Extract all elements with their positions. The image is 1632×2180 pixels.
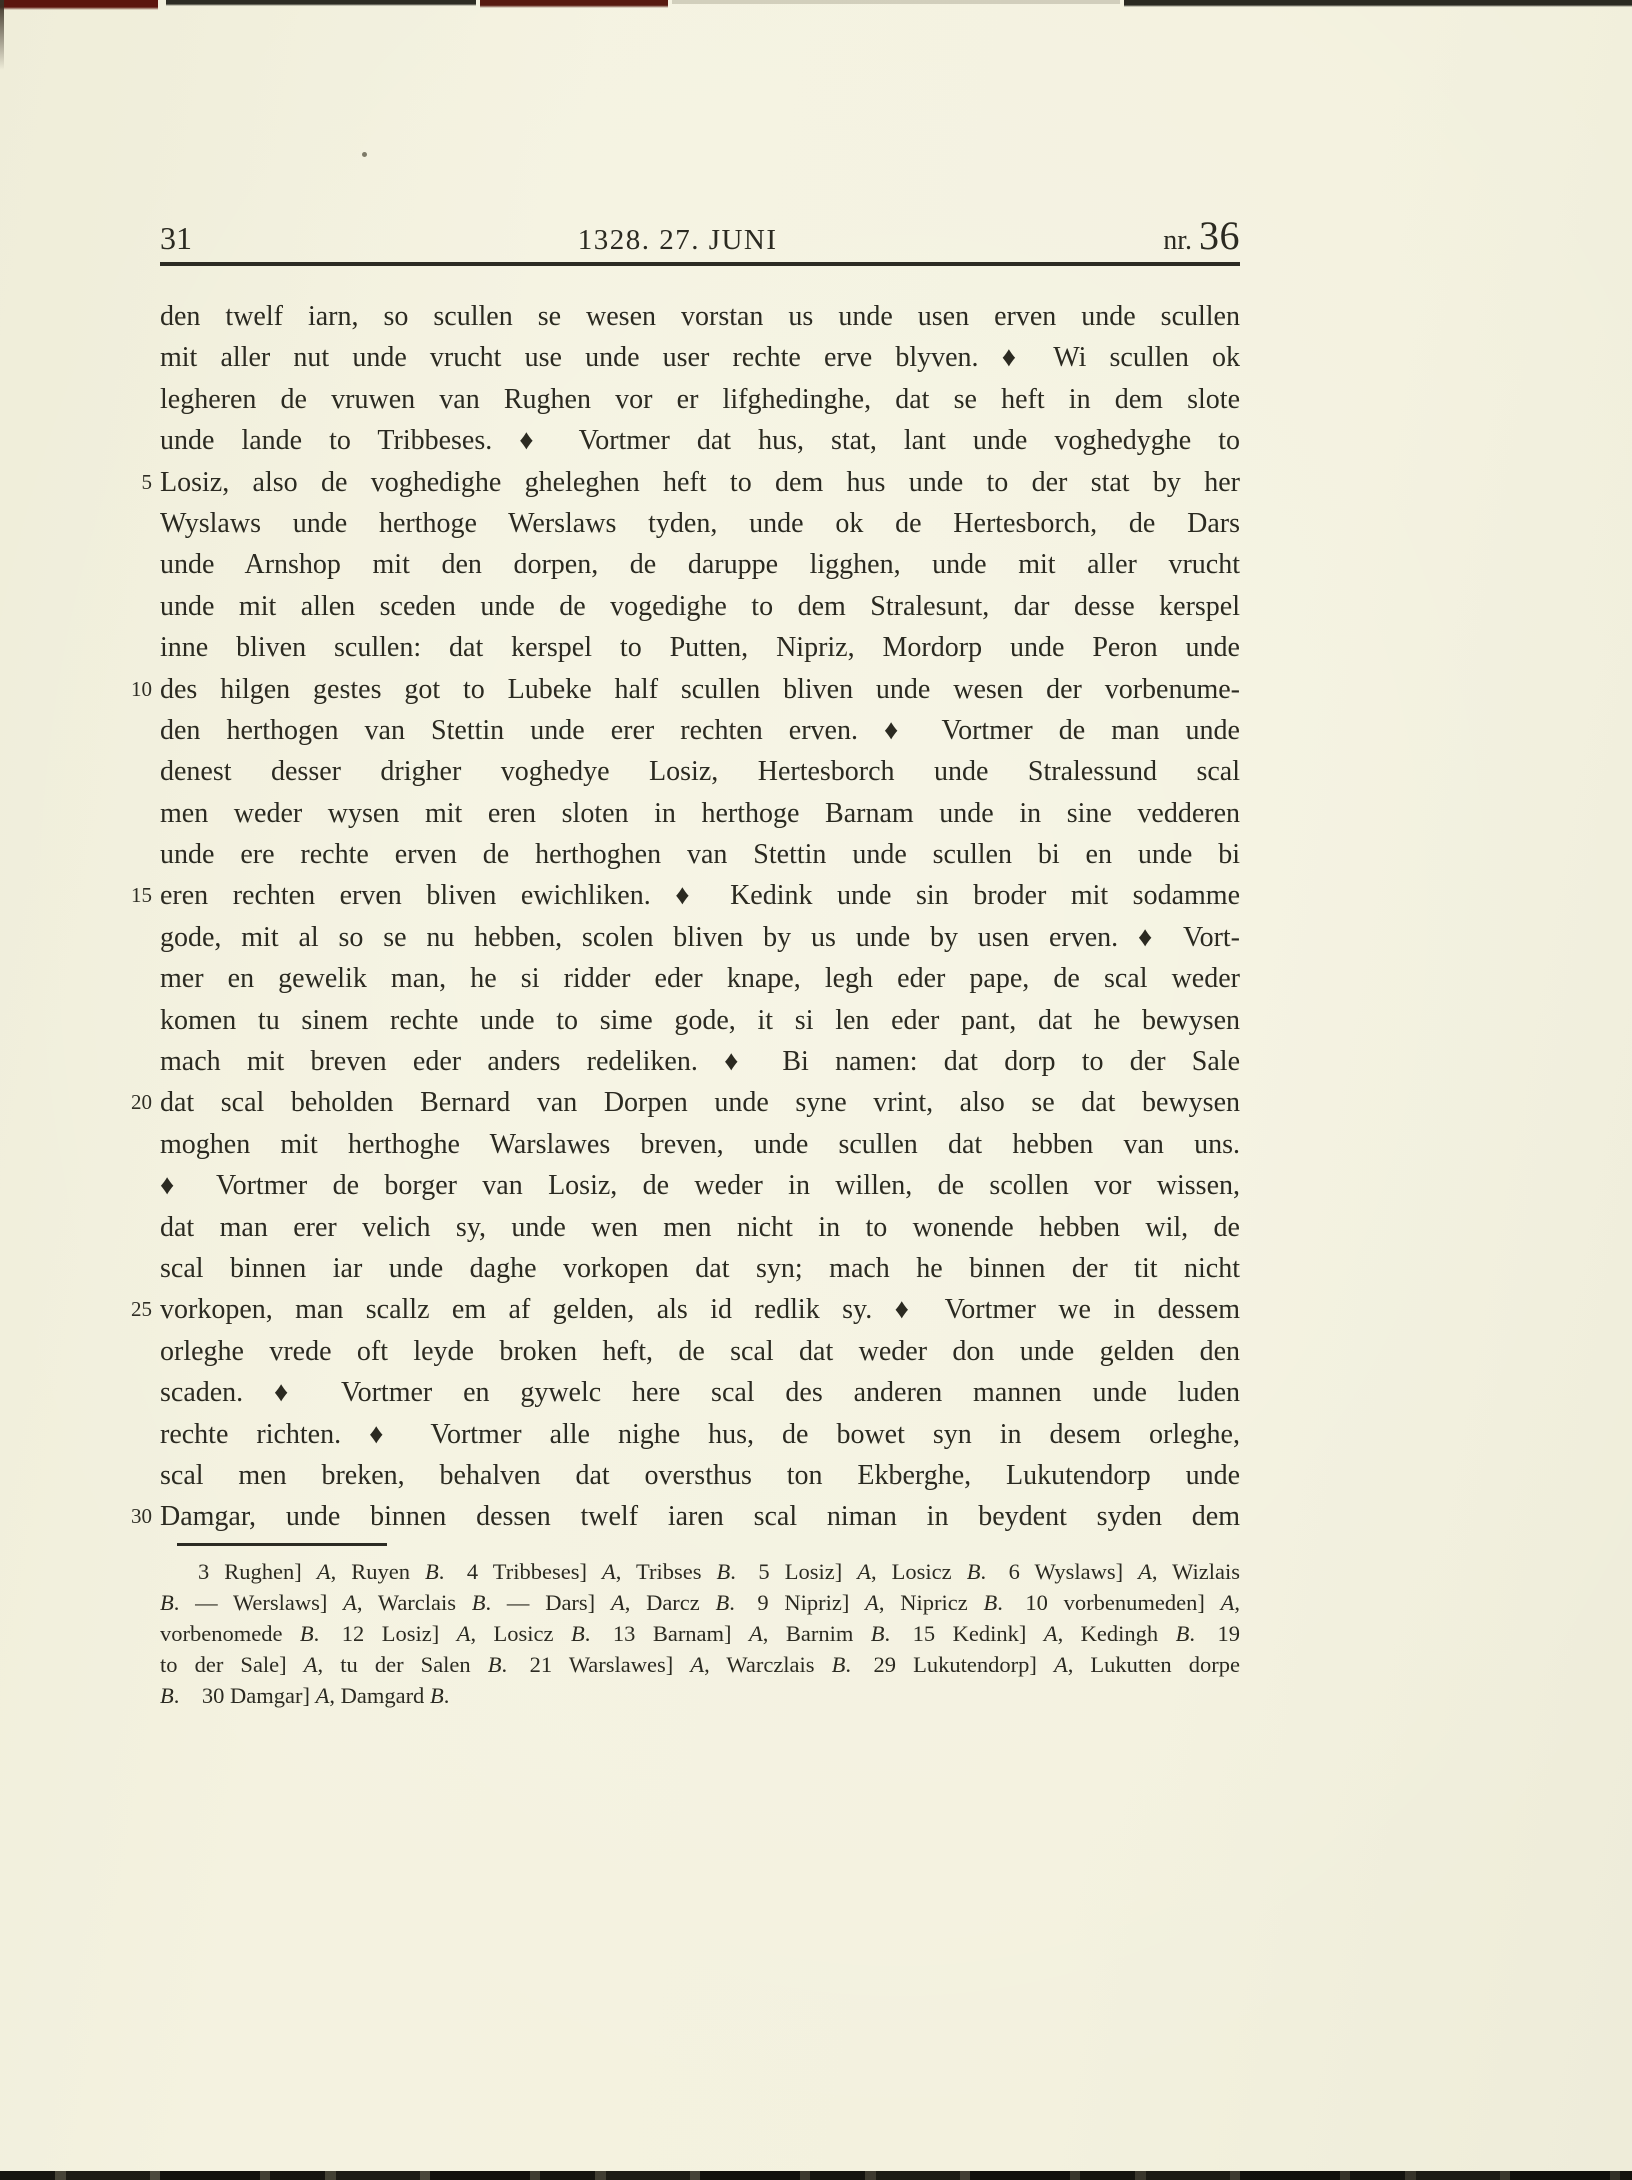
text-line-content: mer en gewelik man, he si ridder eder kn…: [160, 958, 1240, 999]
footnote-text: . 15 Kedink]: [885, 1621, 1044, 1646]
text-line: 15eren rechten erven bliven ewichliken. …: [160, 875, 1240, 916]
footnote-text: , Barnim: [763, 1621, 871, 1646]
text-line: unde lande to Tribbeses. ♦ Vortmer dat h…: [160, 420, 1240, 461]
manuscript-siglum: A: [602, 1559, 616, 1584]
text-line-content: men weder wysen mit eren sloten in herth…: [160, 793, 1240, 834]
text-line: gode, mit al so se nu hebben, scolen bli…: [160, 917, 1240, 958]
line-number: 15: [112, 875, 152, 916]
running-head: 31 1328. 27. JUNI nr. 36: [160, 212, 1240, 256]
manuscript-siglum: A: [1221, 1590, 1235, 1615]
footnote-text: . 10 vorbenumeden]: [997, 1590, 1220, 1615]
scan-artifact-top-dark-1: [166, 0, 476, 6]
manuscript-siglum: A: [304, 1652, 318, 1677]
text-line-content: orleghe vrede oft leyde broken heft, de …: [160, 1331, 1240, 1372]
manuscript-siglum: A: [611, 1590, 625, 1615]
footnote-text: to der Sale]: [160, 1652, 304, 1677]
text-line: den herthogen van Stettin unde erer rech…: [160, 710, 1240, 751]
footnote-text: , Kedingh: [1058, 1621, 1176, 1646]
manuscript-siglum: B: [984, 1590, 998, 1615]
footnote-text: .: [444, 1683, 450, 1708]
text-line: orleghe vrede oft leyde broken heft, de …: [160, 1331, 1240, 1372]
text-line-content: unde lande to Tribbeses. ♦ Vortmer dat h…: [160, 420, 1240, 461]
document-number-label: nr.: [1163, 225, 1192, 256]
text-line: legheren de vruwen van Rughen vor er lif…: [160, 379, 1240, 420]
text-line-content: Losiz, also de voghedighe gheleghen heft…: [160, 462, 1240, 503]
text-line: ♦ Vortmer de borger van Losiz, de weder …: [160, 1165, 1240, 1206]
footnote-text: , Nipricz: [879, 1590, 984, 1615]
text-line-content: Wyslaws unde herthoge Werslaws tyden, un…: [160, 503, 1240, 544]
manuscript-siglum: A: [857, 1559, 871, 1584]
text-line-content: den twelf iarn, so scullen se wesen vors…: [160, 296, 1240, 337]
manuscript-siglum: A: [457, 1621, 471, 1646]
line-number: 30: [112, 1496, 152, 1537]
scanned-book-page: 31 1328. 27. JUNI nr. 36 den twelf iarn,…: [0, 0, 1632, 2180]
footnote-text: vorbenomede: [160, 1621, 300, 1646]
text-line-content: mit aller nut unde vrucht use unde user …: [160, 337, 1240, 378]
manuscript-siglum: B: [717, 1559, 731, 1584]
text-line-content: scal men breken, behalven dat oversthus …: [160, 1455, 1240, 1496]
text-line-content: unde mit allen sceden unde de vogedighe …: [160, 586, 1240, 627]
footnote-separator-rule: [177, 1543, 387, 1546]
line-number: 10: [112, 669, 152, 710]
text-line-content: unde Arnshop mit den dorpen, de daruppe …: [160, 544, 1240, 585]
scan-artifact-bottom-band: [0, 2171, 1632, 2180]
footnote-text: , tu der Salen: [318, 1652, 488, 1677]
text-line-content: gode, mit al so se nu hebben, scolen bli…: [160, 917, 1240, 958]
manuscript-siglum: B: [488, 1652, 502, 1677]
footnote-text: , Wizlais: [1152, 1559, 1240, 1584]
text-line: dat man erer velich sy, unde wen men nic…: [160, 1207, 1240, 1248]
footnote-text: . 29 Lukutendorp]: [845, 1652, 1054, 1677]
text-line: unde ere rechte erven de herthoghen van …: [160, 834, 1240, 875]
text-line: moghen mit herthoghe Warslawes breven, u…: [160, 1124, 1240, 1165]
text-line: komen tu sinem rechte unde to sime gode,…: [160, 1000, 1240, 1041]
manuscript-siglum: A: [1044, 1621, 1058, 1646]
text-line-content: Damgar, unde binnen dessen twelf iaren s…: [160, 1496, 1240, 1537]
text-line-content: rechte richten. ♦ Vortmer alle nighe hus…: [160, 1414, 1240, 1455]
footnote-text: , Warczlais: [704, 1652, 832, 1677]
text-line: 20dat scal beholden Bernard van Dorpen u…: [160, 1082, 1240, 1123]
text-line-content: inne bliven scullen: dat kerspel to Putt…: [160, 627, 1240, 668]
manuscript-siglum: B: [430, 1683, 444, 1708]
footnote-line: B. — Werslaws] A, Warclais B. — Dars] A,…: [160, 1587, 1240, 1618]
text-line: Wyslaws unde herthoge Werslaws tyden, un…: [160, 503, 1240, 544]
text-line-content: den herthogen van Stettin unde erer rech…: [160, 710, 1240, 751]
line-number: 20: [112, 1082, 152, 1123]
footnote-text: ,: [1234, 1590, 1240, 1615]
text-line-content: des hilgen gestes got to Lubeke half scu…: [160, 669, 1240, 710]
text-line: 25vorkopen, man scallz em af gelden, als…: [160, 1289, 1240, 1330]
text-line-content: denest desser drigher voghedye Losiz, He…: [160, 751, 1240, 792]
line-number: 5: [112, 462, 152, 503]
manuscript-siglum: B: [425, 1559, 439, 1584]
manuscript-siglum: B: [871, 1621, 885, 1646]
manuscript-siglum: B: [716, 1590, 730, 1615]
manuscript-siglum: A: [865, 1590, 879, 1615]
text-line-content: scaden. ♦ Vortmer en gywelc here scal de…: [160, 1372, 1240, 1413]
text-line: 30Damgar, unde binnen dessen twelf iaren…: [160, 1496, 1240, 1537]
footnote-line: B. 30 Damgar] A, Damgard B.: [160, 1680, 1240, 1711]
header-rule: [160, 262, 1240, 266]
footnote-text: . 9 Nipriz]: [729, 1590, 865, 1615]
text-line: inne bliven scullen: dat kerspel to Putt…: [160, 627, 1240, 668]
manuscript-siglum: B: [967, 1559, 981, 1584]
footnote-line: vorbenomede B. 12 Losiz] A, Losicz B. 13…: [160, 1618, 1240, 1649]
footnote-text: . 12 Losiz]: [314, 1621, 457, 1646]
scan-artifact-top-faint: [672, 0, 1120, 4]
scan-artifact-top-left-red: [0, 0, 158, 10]
footnote-line: 3 Rughen] A, Ruyen B. 4 Tribbeses] A, Tr…: [160, 1556, 1240, 1587]
manuscript-siglum: A: [343, 1590, 357, 1615]
text-line-content: eren rechten erven bliven ewichliken. ♦ …: [160, 875, 1240, 916]
footnote-text: , Losicz: [871, 1559, 967, 1584]
footnote-text: . 4 Tribbeses]: [439, 1559, 602, 1584]
manuscript-siglum: B: [1176, 1621, 1190, 1646]
text-line: denest desser drigher voghedye Losiz, He…: [160, 751, 1240, 792]
page-number: 31: [160, 220, 192, 257]
footnote-text: . 13 Barnam]: [585, 1621, 749, 1646]
manuscript-siglum: B: [300, 1621, 314, 1646]
document-number-value: 36: [1199, 213, 1240, 258]
footnote-text: , Tribses: [616, 1559, 717, 1584]
footnote-line: to der Sale] A, tu der Salen B. 21 Warsl…: [160, 1649, 1240, 1680]
manuscript-siglum: B: [571, 1621, 585, 1646]
manuscript-siglum: A: [749, 1621, 763, 1646]
scan-artifact-top-mid-red: [480, 0, 668, 8]
footnote-text: . 6 Wyslaws]: [980, 1559, 1138, 1584]
manuscript-siglum: A: [690, 1652, 704, 1677]
footnote-text: . 5 Losiz]: [730, 1559, 857, 1584]
footnote-text: . 19: [1189, 1621, 1240, 1646]
footnote-text: , Losicz: [470, 1621, 571, 1646]
manuscript-siglum: A: [316, 1683, 330, 1708]
footnote-text: , Darcz: [625, 1590, 716, 1615]
manuscript-siglum: B: [832, 1652, 846, 1677]
footnotes: 3 Rughen] A, Ruyen B. 4 Tribbeses] A, Tr…: [160, 1556, 1240, 1711]
text-line: mer en gewelik man, he si ridder eder kn…: [160, 958, 1240, 999]
document-number: nr. 36: [1163, 212, 1240, 259]
manuscript-siglum: B: [472, 1590, 486, 1615]
manuscript-siglum: B: [160, 1683, 174, 1708]
text-line: scaden. ♦ Vortmer en gywelc here scal de…: [160, 1372, 1240, 1413]
footnote-text: , Damgard: [329, 1683, 430, 1708]
footnote-text: . — Werslaws]: [174, 1590, 343, 1615]
footnote-text: . — Dars]: [486, 1590, 611, 1615]
text-line: unde Arnshop mit den dorpen, de daruppe …: [160, 544, 1240, 585]
footnote-text: , Lukutten dorpe: [1068, 1652, 1240, 1677]
text-line: unde mit allen sceden unde de vogedighe …: [160, 586, 1240, 627]
text-line-content: scal binnen iar unde daghe vorkopen dat …: [160, 1248, 1240, 1289]
scan-artifact-top-dark-2: [1124, 0, 1632, 7]
footnote-text: . 30 Damgar]: [174, 1683, 316, 1708]
footnote-text: , Ruyen: [331, 1559, 425, 1584]
text-line: 5Losiz, also de voghedighe gheleghen hef…: [160, 462, 1240, 503]
manuscript-siglum: A: [1138, 1559, 1152, 1584]
footnote-text: . 21 Warslawes]: [502, 1652, 691, 1677]
text-line-content: dat man erer velich sy, unde wen men nic…: [160, 1207, 1240, 1248]
text-line: men weder wysen mit eren sloten in herth…: [160, 793, 1240, 834]
text-line-content: ♦ Vortmer de borger van Losiz, de weder …: [160, 1165, 1240, 1206]
scan-artifact-left-edge: [0, 0, 4, 70]
date-heading: 1328. 27. JUNI: [578, 224, 778, 257]
manuscript-siglum: B: [160, 1590, 174, 1615]
footnote-text: , Warclais: [357, 1590, 472, 1615]
text-line-content: vorkopen, man scallz em af gelden, als i…: [160, 1289, 1240, 1330]
text-line: 10des hilgen gestes got to Lubeke half s…: [160, 669, 1240, 710]
text-line: mit aller nut unde vrucht use unde user …: [160, 337, 1240, 378]
text-line: scal binnen iar unde daghe vorkopen dat …: [160, 1248, 1240, 1289]
text-line: den twelf iarn, so scullen se wesen vors…: [160, 296, 1240, 337]
text-line-content: legheren de vruwen van Rughen vor er lif…: [160, 379, 1240, 420]
text-line: mach mit breven eder anders redeliken. ♦…: [160, 1041, 1240, 1082]
scan-speck: [362, 152, 367, 157]
text-line-content: komen tu sinem rechte unde to sime gode,…: [160, 1000, 1240, 1041]
line-number: 25: [112, 1289, 152, 1330]
manuscript-siglum: A: [1054, 1652, 1068, 1677]
manuscript-siglum: A: [317, 1559, 331, 1584]
text-line-content: mach mit breven eder anders redeliken. ♦…: [160, 1041, 1240, 1082]
text-line: scal men breken, behalven dat oversthus …: [160, 1455, 1240, 1496]
text-line-content: moghen mit herthoghe Warslawes breven, u…: [160, 1124, 1240, 1165]
text-line: rechte richten. ♦ Vortmer alle nighe hus…: [160, 1414, 1240, 1455]
text-line-content: unde ere rechte erven de herthoghen van …: [160, 834, 1240, 875]
text-line-content: dat scal beholden Bernard van Dorpen und…: [160, 1082, 1240, 1123]
footnote-text: 3 Rughen]: [198, 1559, 317, 1584]
body-text: den twelf iarn, so scullen se wesen vors…: [160, 296, 1240, 1538]
